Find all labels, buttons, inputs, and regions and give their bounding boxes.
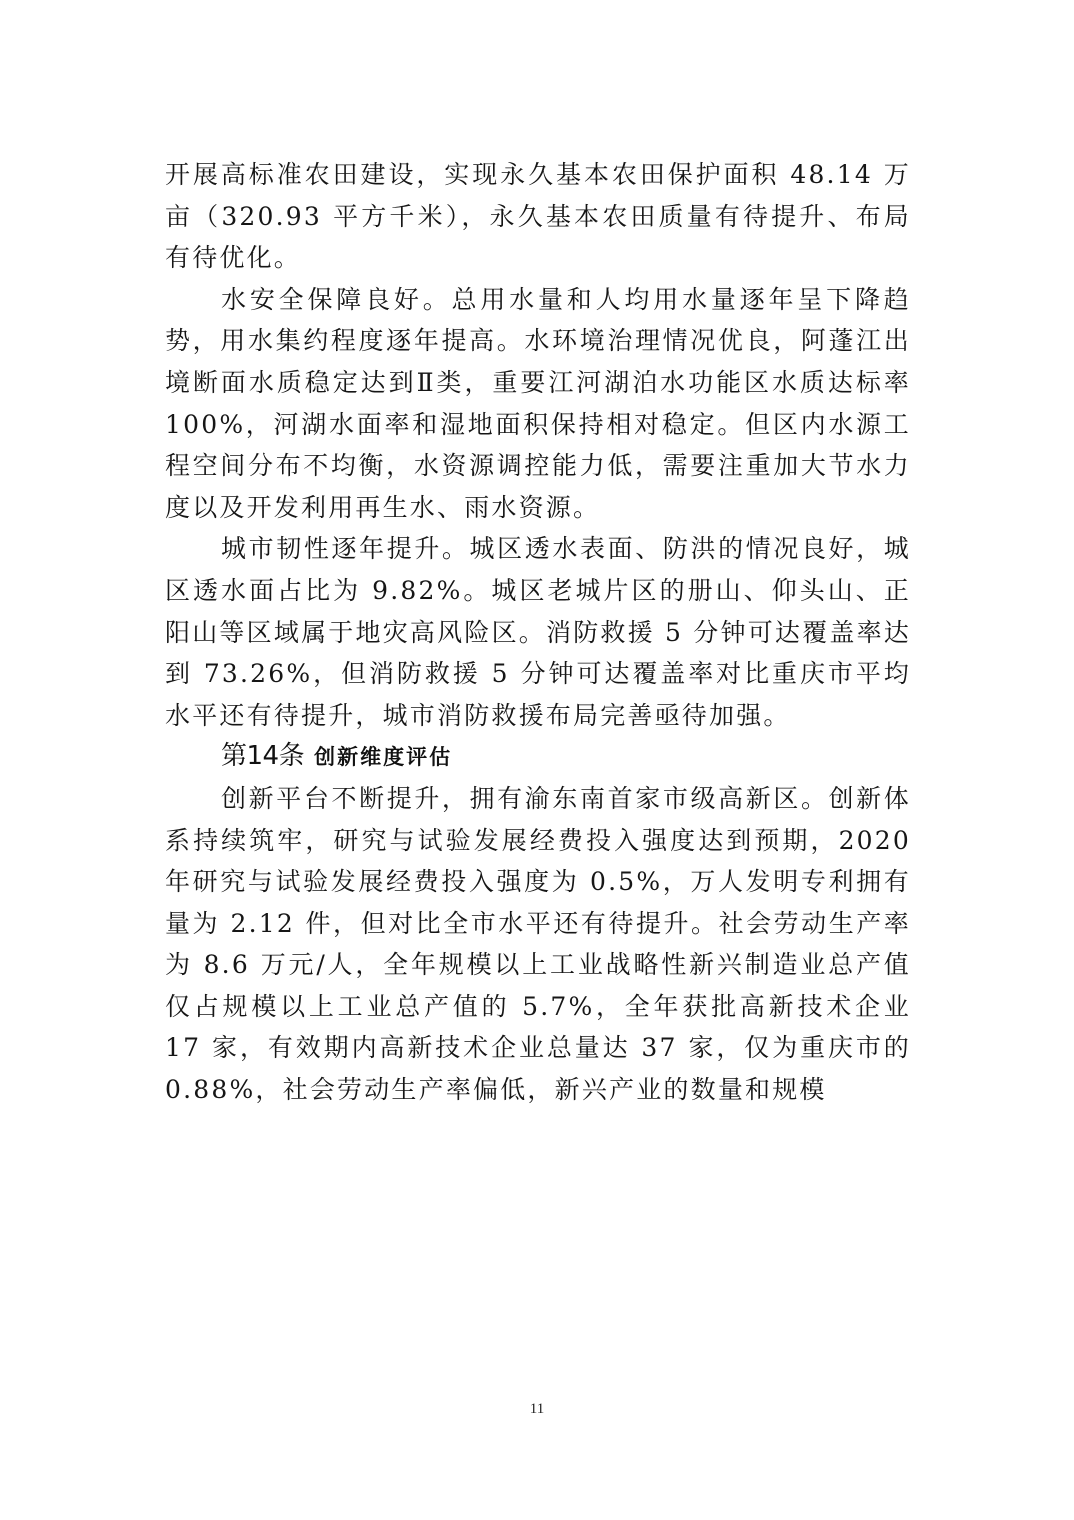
section-number: 第14条 [221, 741, 304, 771]
paragraph-urban-resilience: 城市韧性逐年提升。城区透水表面、防洪的情况良好，城区透水面占比为 9.82%。城… [165, 528, 911, 736]
paragraph-water-security: 水安全保障良好。总用水量和人均用水量逐年呈下降趋势，用水集约程度逐年提高。水环境… [165, 279, 911, 529]
paragraph-innovation: 创新平台不断提升，拥有渝东南首家市级高新区。创新体系持续筑牢，研究与试验发展经费… [165, 778, 911, 1111]
page-number: 11 [0, 1401, 1074, 1418]
document-page: 开展高标准农田建设，实现永久基本农田保护面积 48.14 万亩（320.93 平… [0, 0, 1074, 1520]
section-heading: 第14条创新维度评估 [165, 736, 911, 778]
paragraph-farmland: 开展高标准农田建设，实现永久基本农田保护面积 48.14 万亩（320.93 平… [165, 154, 911, 279]
section-title: 创新维度评估 [314, 745, 452, 769]
page-content: 开展高标准农田建设，实现永久基本农田保护面积 48.14 万亩（320.93 平… [165, 154, 911, 1111]
